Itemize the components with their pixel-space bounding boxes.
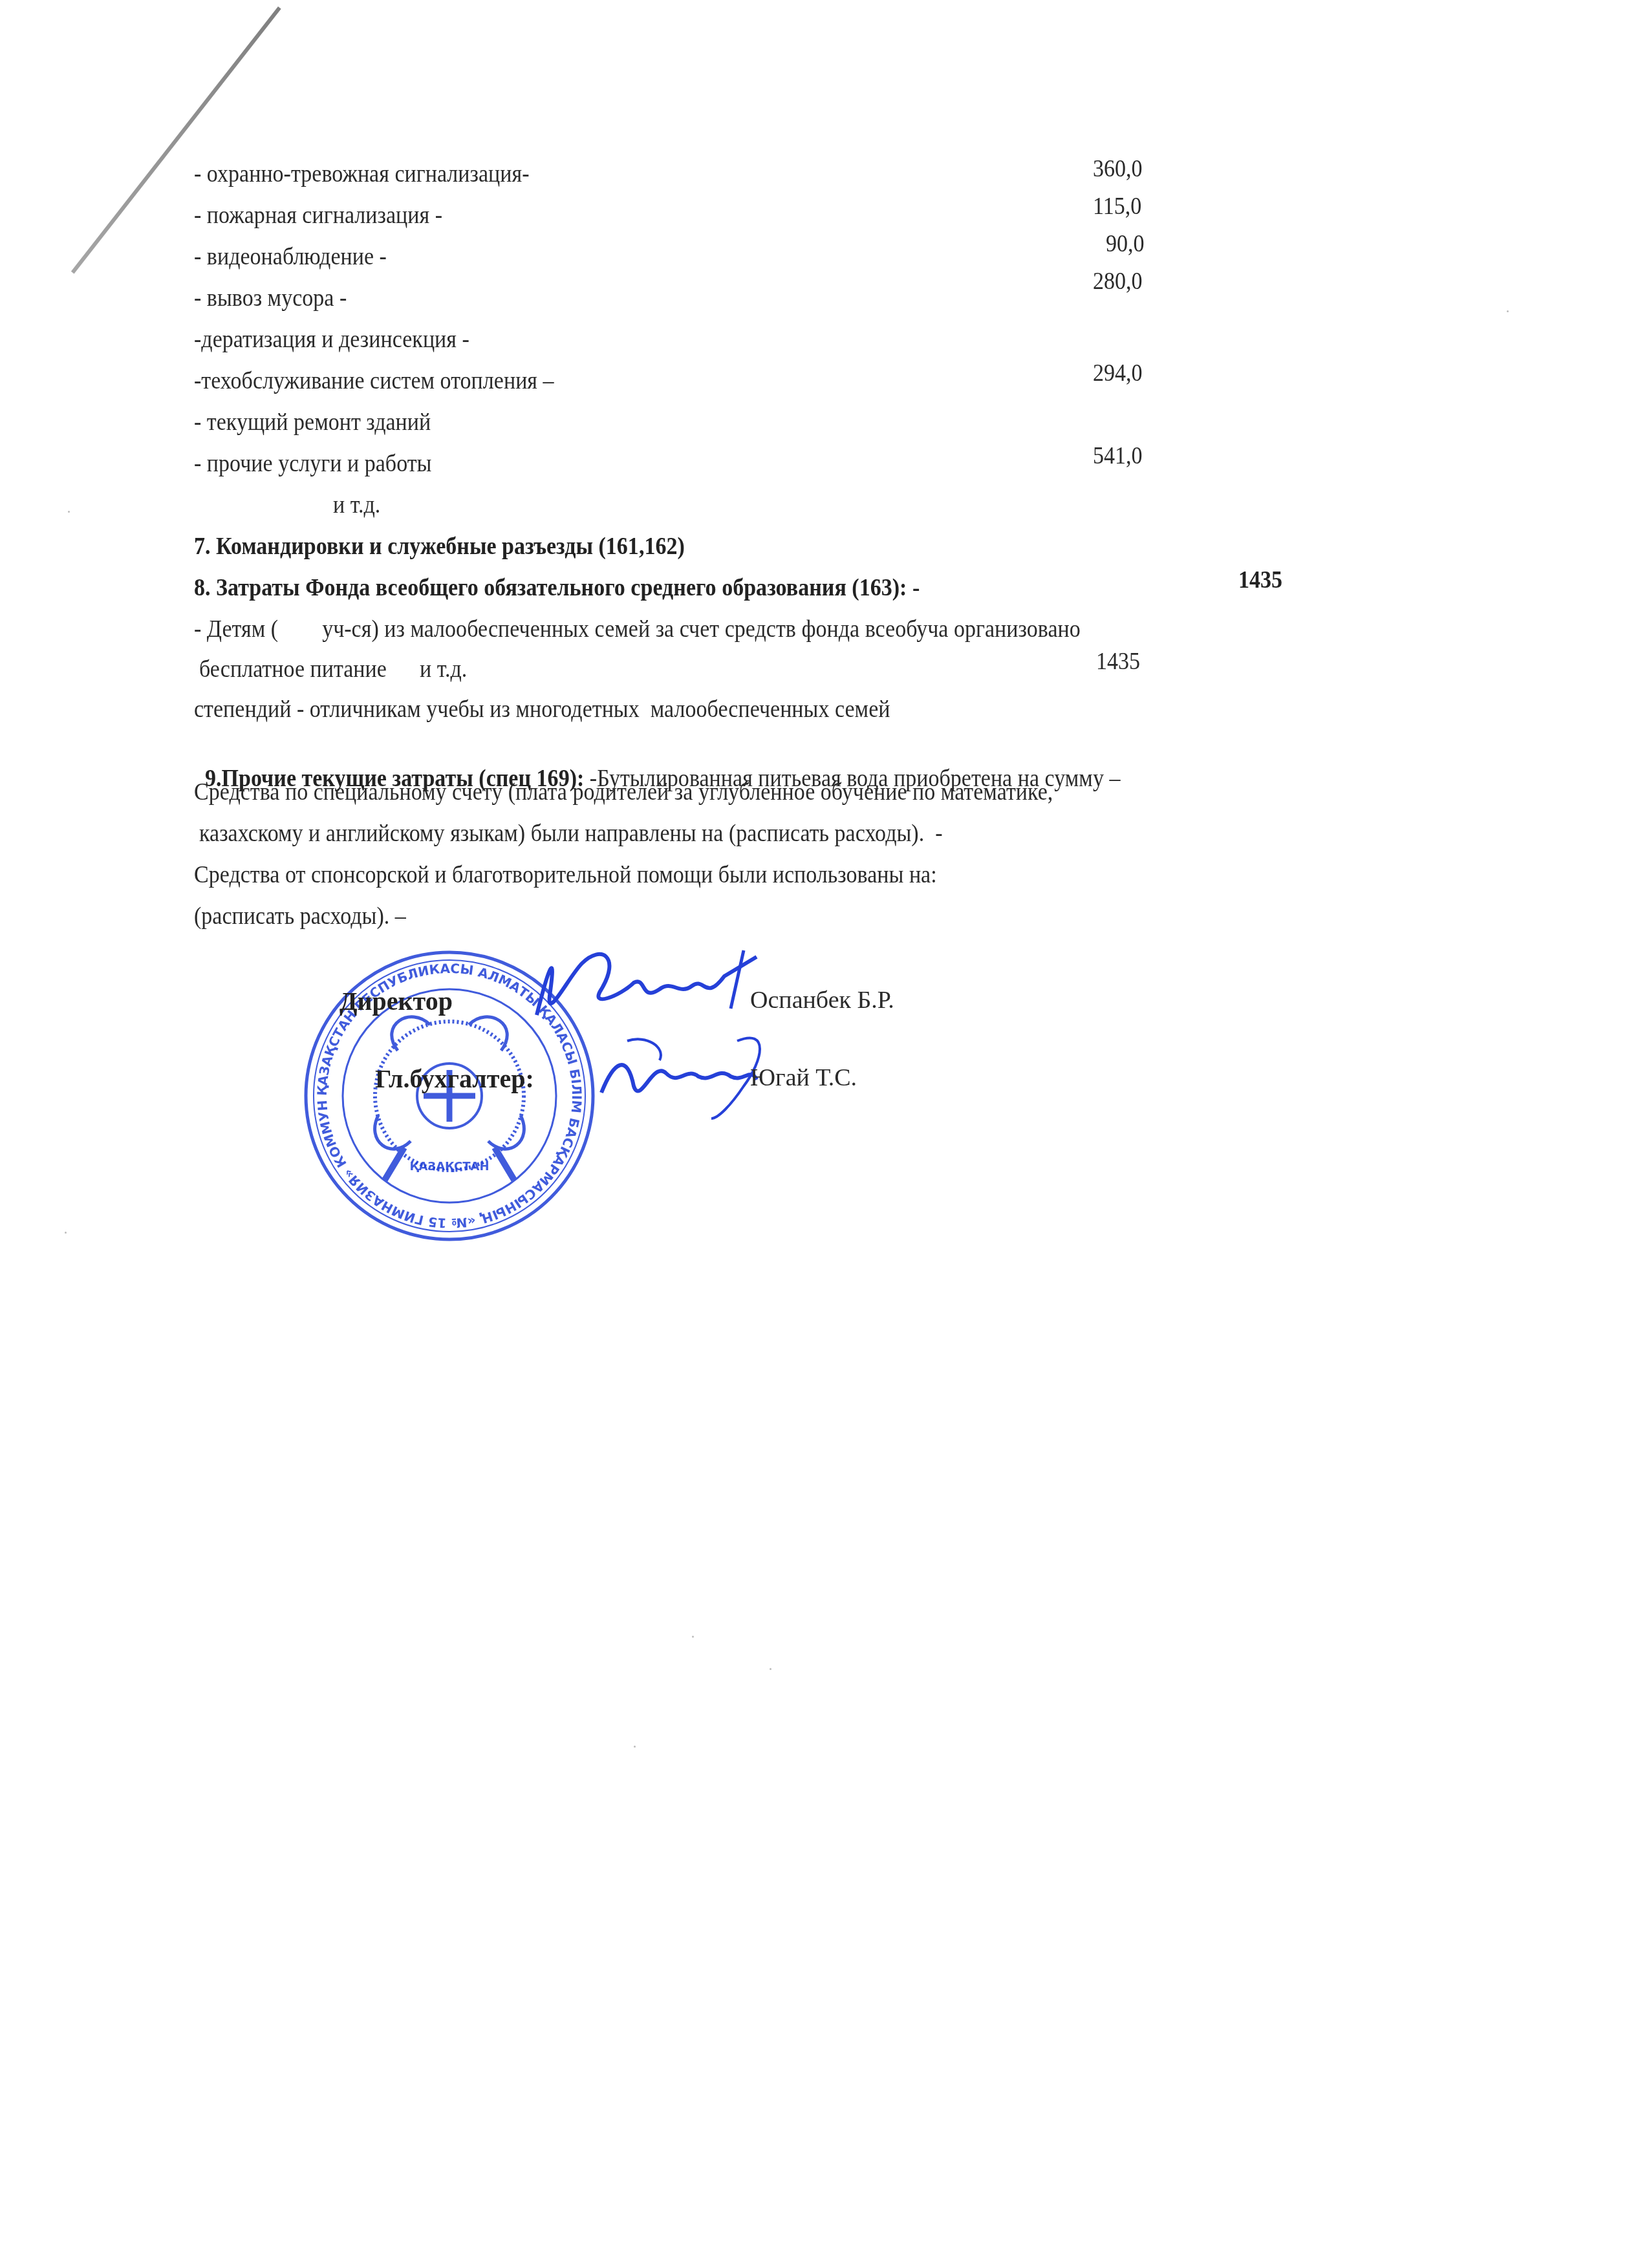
scan-speck xyxy=(1507,310,1509,312)
service-item-value: 541,0 xyxy=(1093,442,1143,470)
director-name: Оспанбек Б.Р. xyxy=(750,986,894,1014)
director-title: Директор xyxy=(339,986,453,1016)
section-9-line-1: Средства по специальному счету (плата ро… xyxy=(194,778,1053,806)
etc-label: и т.д. xyxy=(333,491,380,519)
scan-speck xyxy=(65,1232,67,1234)
stamp-center-text: ҚАЗАҚСТАН xyxy=(409,1160,489,1173)
director-signature-icon xyxy=(511,937,770,1034)
section-8-line-3: степендий - отличникам учебы из многодет… xyxy=(194,696,890,723)
service-item-label: - пожарная сигнализация - xyxy=(194,202,442,230)
chief-accountant-name: Югай Т.С. xyxy=(750,1064,857,1092)
section-9-line-3: Средства от спонсорской и благотворитель… xyxy=(194,861,937,889)
section-8-line-1: - Детям ( уч-ся) из малообеспеченных сем… xyxy=(194,615,1081,643)
service-item-value: 90,0 xyxy=(1106,230,1145,258)
section-8-line-2-value: 1435 xyxy=(1096,648,1140,676)
service-item-value: 280,0 xyxy=(1093,268,1143,295)
section-7-title: 7. Командировки и служебные разъезды (16… xyxy=(194,533,685,561)
section-8-line-2: бесплатное питание и т.д. xyxy=(199,656,467,683)
scan-speck xyxy=(770,1668,771,1670)
scan-speck xyxy=(692,1636,694,1638)
service-item-label: - видеонаблюдение - xyxy=(194,243,387,271)
section-9-line-2: казахскому и английскому языкам) были на… xyxy=(199,820,943,848)
scan-artifact-line xyxy=(71,6,281,273)
service-item-value: 360,0 xyxy=(1093,155,1143,183)
scan-speck xyxy=(634,1746,636,1748)
scan-speck xyxy=(68,511,70,513)
service-item-value: 115,0 xyxy=(1093,193,1141,220)
section-8-title: 8. Затраты Фонда всеобщего обязательного… xyxy=(194,574,920,602)
service-item-label: - вывоз мусора - xyxy=(194,284,347,312)
service-item-label: - прочие услуги и работы xyxy=(194,450,431,478)
service-item-value: 294,0 xyxy=(1093,359,1143,387)
service-item-label: - охранно-тревожная сигнализация- xyxy=(194,160,530,188)
section-9-line-4: (расписать расходы). – xyxy=(194,903,406,930)
service-item-label: -техобслуживание систем отопления – xyxy=(194,367,554,395)
section-8-total: 1435 xyxy=(1238,566,1282,594)
chief-accountant-title: Гл.бухгалтер: xyxy=(375,1064,534,1094)
service-item-label: - текущий ремонт зданий xyxy=(194,409,431,436)
service-item-label: -дератизация и дезинсекция - xyxy=(194,326,469,354)
